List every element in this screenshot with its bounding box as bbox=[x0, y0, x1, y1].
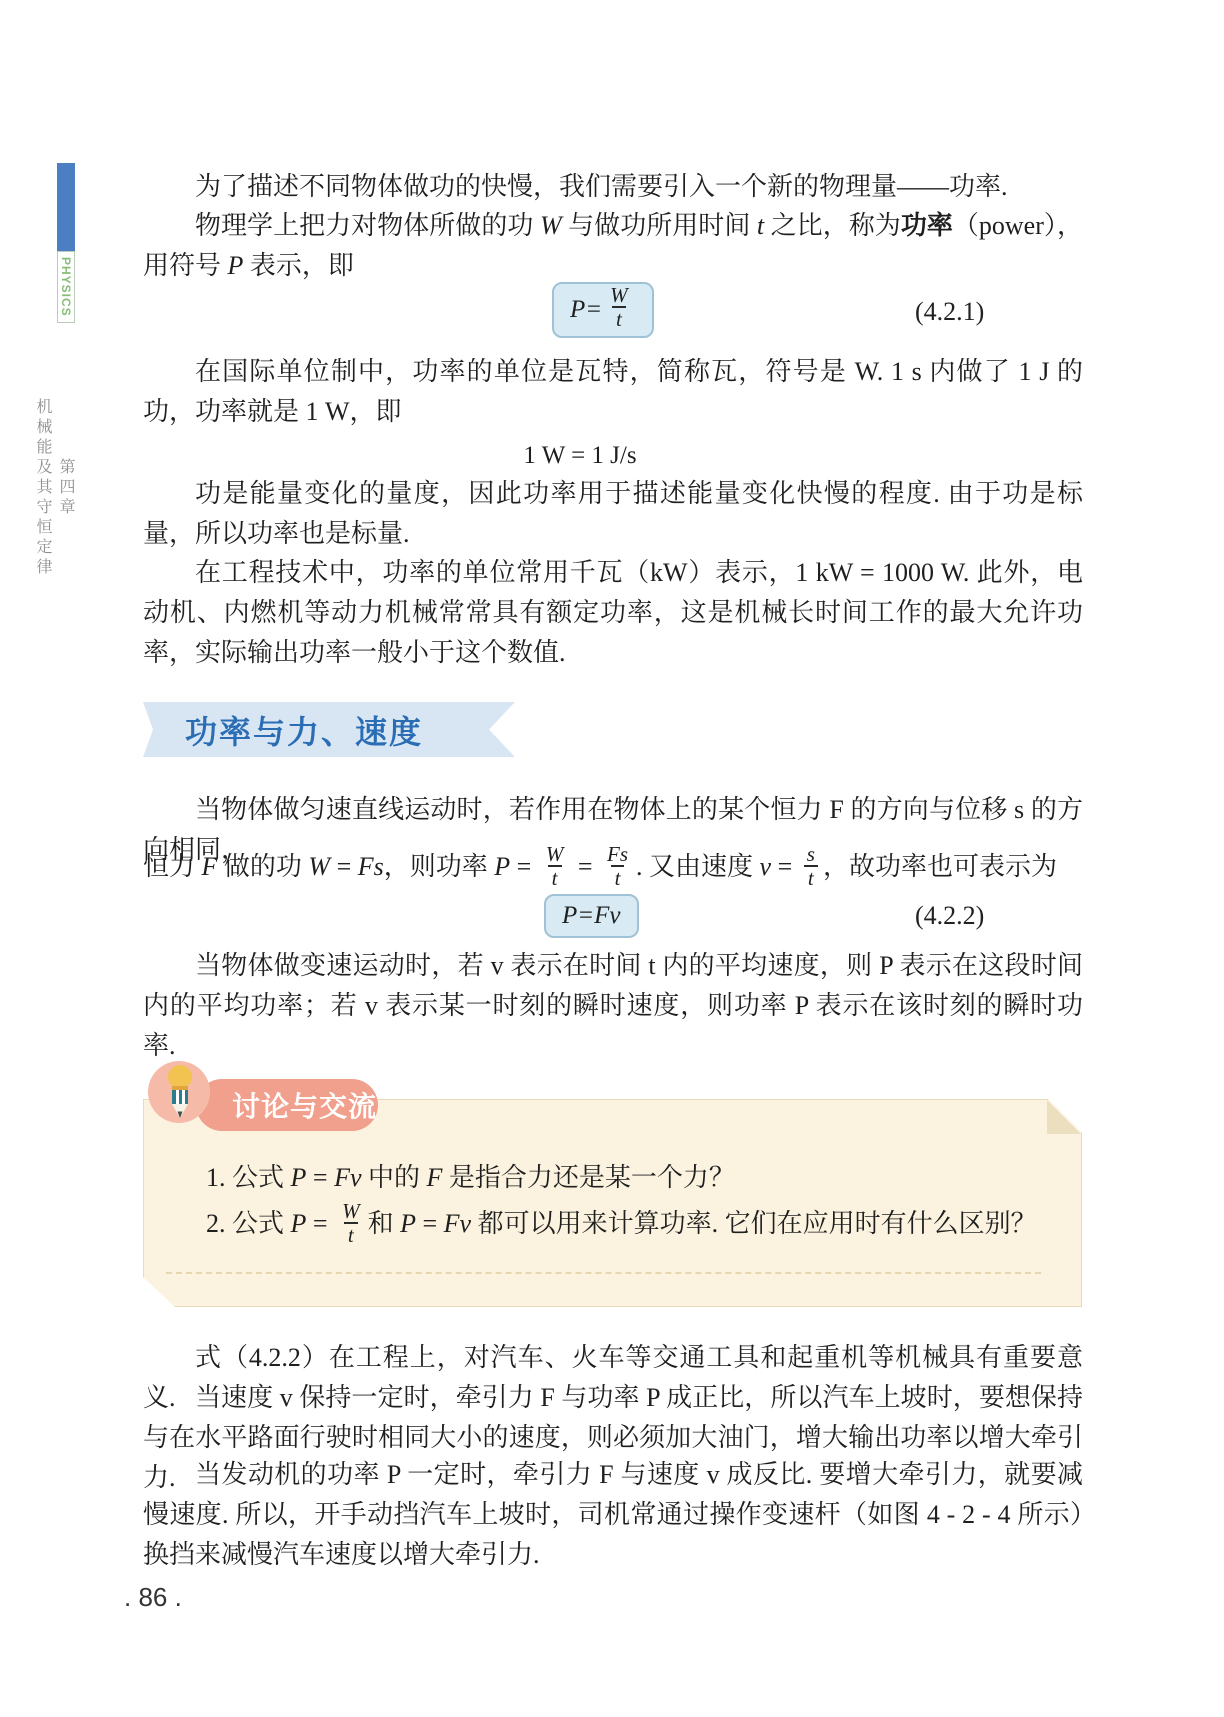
formula-label-422: (4.2.2) bbox=[915, 901, 984, 931]
discussion-item-2: 2. 公式 P = Wt和 P = Fv 都可以用来计算功率. 它们在应用时有什… bbox=[206, 1196, 1066, 1252]
paragraph-kilowatt: 在工程技术中，功率的单位常用千瓦（kW）表示，1 kW = 1000 W. 此外… bbox=[143, 553, 1083, 673]
fraction: Wt bbox=[542, 843, 568, 889]
fraction: Wt bbox=[606, 284, 632, 330]
physics-label: PHYSICS bbox=[59, 257, 73, 317]
formula-p-fv: P = Fv bbox=[544, 894, 639, 938]
fraction: Fst bbox=[603, 843, 632, 889]
section-title: 功率与力、速度 bbox=[185, 707, 423, 753]
paragraph-intro-2: 物理学上把力对物体所做的功 W 与做功所用时间 t 之比，称为功率（power）… bbox=[143, 206, 1083, 286]
paragraph-average-power: 当物体做变速运动时，若 v 表示在时间 t 内的平均速度，则 P 表示在这段时间… bbox=[143, 946, 1083, 1066]
dashed-divider bbox=[166, 1272, 1041, 1274]
fraction: st bbox=[803, 843, 819, 889]
paragraph-si-unit: 在国际单位制中，功率的单位是瓦特，简称瓦，符号是 W. 1 s 内做了 1 J … bbox=[143, 352, 1083, 432]
formula-label-421: (4.2.1) bbox=[915, 297, 984, 327]
dog-ear-fold bbox=[1047, 1100, 1081, 1134]
paragraph-scalar: 功是能量变化的量度，因此功率用于描述能量变化快慢的程度. 由于功是标量，所以功率… bbox=[143, 474, 1083, 554]
discussion-item-1: 1. 公式 P = Fv 中的 F 是指合力还是某一个力？ bbox=[206, 1158, 1066, 1198]
chapter-label: 第四章 机械能及其守恒定律 bbox=[51, 348, 77, 628]
paragraph-constant-power: 当发动机的功率 P 一定时，牵引力 F 与速度 v 成反比. 要增大牵引力，就要… bbox=[143, 1455, 1083, 1575]
formula-power-definition: P = Wt bbox=[552, 282, 654, 338]
sidebar-physics-box: PHYSICS bbox=[57, 251, 75, 323]
discussion-title: 讨论与交流 bbox=[232, 1085, 377, 1125]
unit-equation: 1 W = 1 J/s bbox=[100, 442, 1060, 470]
formula-box-p-fv: P = Fv bbox=[544, 894, 639, 938]
sidebar-bookmark-bar bbox=[57, 163, 75, 251]
formula-box-power-definition: P = Wt bbox=[552, 282, 654, 338]
idea-pencil-icon bbox=[163, 1064, 197, 1125]
chapter-title: 机械能及其守恒定律 bbox=[31, 398, 54, 578]
section-ribbon: 功率与力、速度 bbox=[143, 702, 515, 757]
paragraph-uniform-motion-line2: 恒力 F 做的功 W = Fs，则功率 P = Wt = Fst. 又由速度 v… bbox=[143, 838, 1083, 896]
paragraph-intro-1: 为了描述不同物体做功的快慢，我们需要引入一个新的物理量——功率. bbox=[143, 167, 1083, 207]
page-number: . 86 . bbox=[124, 1582, 182, 1613]
chapter-number: 第四章 bbox=[54, 458, 77, 518]
textbook-page: PHYSICS 第四章 机械能及其守恒定律 为了描述不同物体做功的快慢，我们需要… bbox=[0, 0, 1224, 1717]
discussion-header-pill: 讨论与交流 bbox=[196, 1079, 378, 1131]
fraction: Wt bbox=[338, 1200, 364, 1246]
